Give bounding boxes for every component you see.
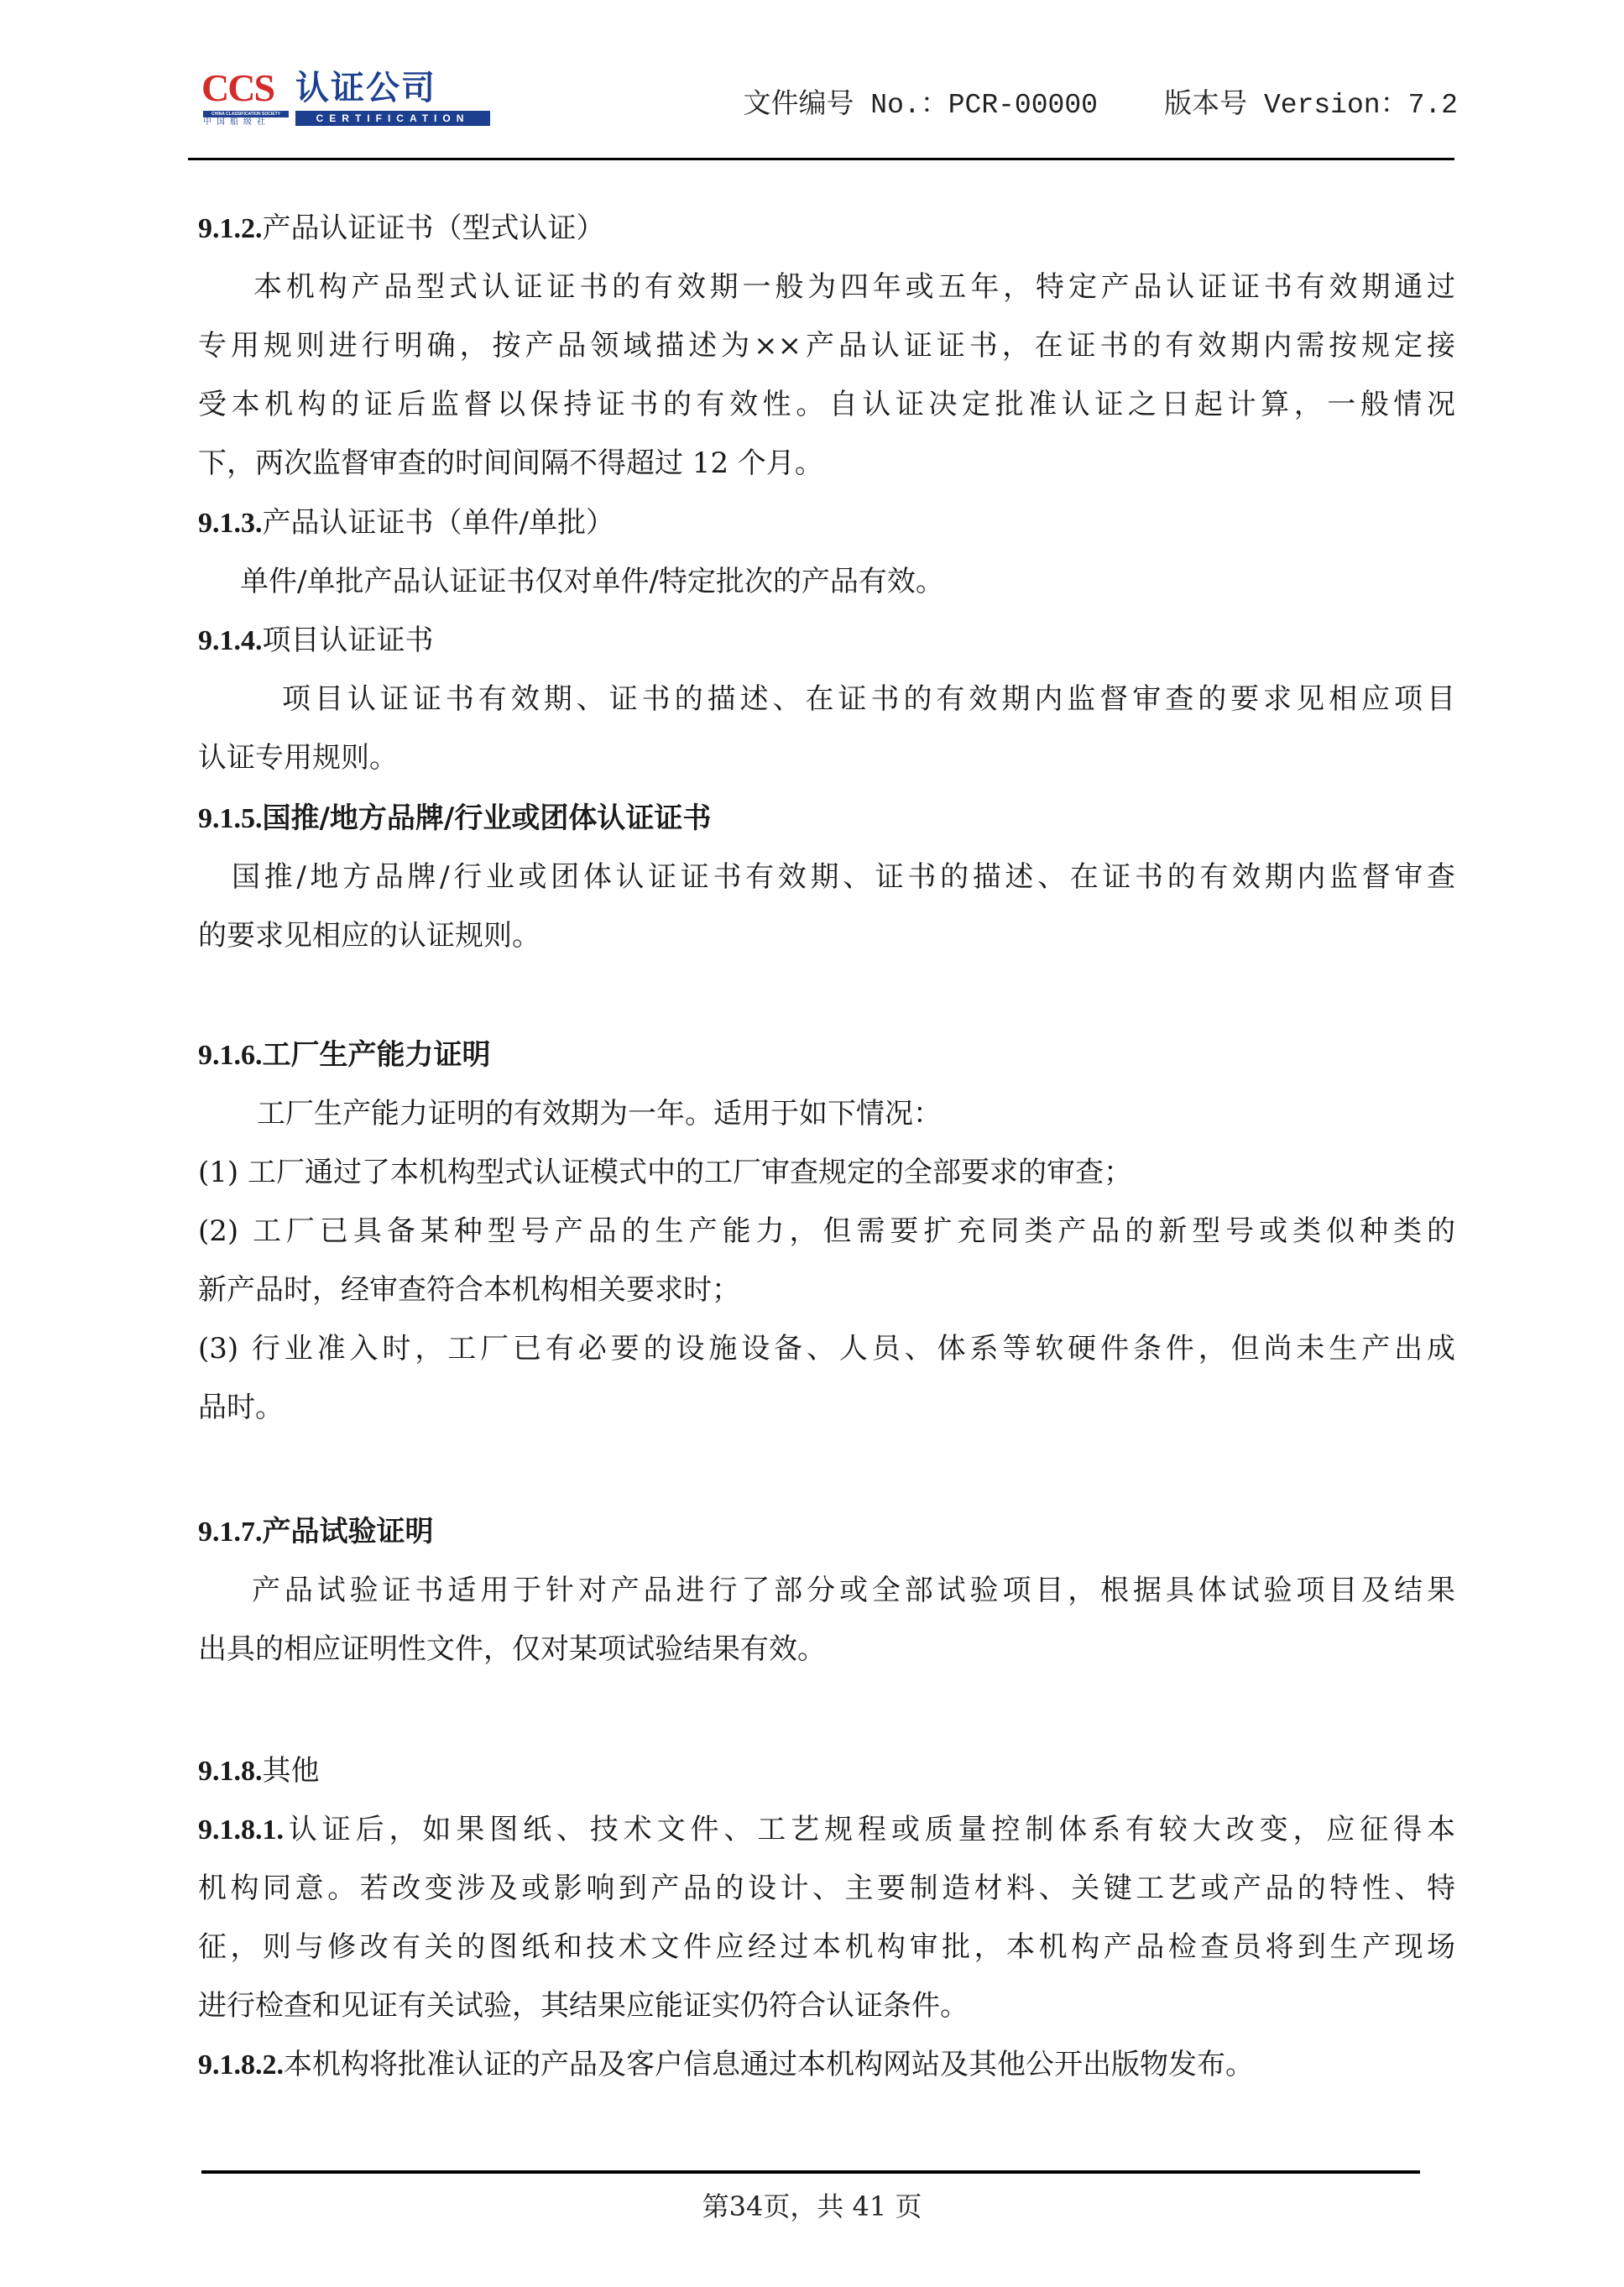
para-line: 进行检查和见证有关试验，其结果应能证实仍符合认证条件。 xyxy=(198,1989,1455,2023)
heading-9-1-7: 9.1.7.产品试验证明 xyxy=(198,1515,1455,1549)
header-divider xyxy=(188,158,1454,160)
para-line: 认证专用规则。 xyxy=(198,741,1455,775)
ccs-certification-logo: CCS 认证公司 CHINA CLASSIFICATION SOCIETY 中国… xyxy=(201,69,491,128)
heading-9-1-8: 9.1.8.其他 xyxy=(198,1754,1455,1788)
para-line: 征，则与修改有关的图纸和技术文件应经过本机构审批，本机构产品检查员将到生产现场 xyxy=(198,1930,1455,1964)
para-line: 出具的相应证明性文件，仅对某项试验结果有效。 xyxy=(198,1632,1455,1666)
para-line: 项目认证证书有效期、证书的描述、在证书的有效期内监督审查的要求见相应项目 xyxy=(198,682,1455,716)
subsection-9-1-8-1: 9.1.8.1.认证后，如果图纸、技术文件、工艺规程或质量控制体系有较大改变，应… xyxy=(198,1813,1455,1847)
para-line: 机构同意。若改变涉及或影响到产品的设计、主要制造材料、关键工艺或产品的特性、特 xyxy=(198,1872,1455,1905)
document-info: 文件编号 No.：PCR-00000 版本号 Version：7.2 xyxy=(744,89,1459,123)
para-line: 下，两次监督审查的时间间隔不得超过 12 个月。 xyxy=(198,446,1455,480)
logo-society-en: CHINA CLASSIFICATION SOCIETY xyxy=(203,111,289,117)
heading-9-1-2: 9.1.2.产品认证证书（型式认证） xyxy=(198,211,1455,246)
para-line: 国推/地方品牌/行业或团体认证证书有效期、证书的描述、在证书的有效期内监督审查 xyxy=(198,860,1455,894)
para-line: 的要求见相应的认证规则。 xyxy=(198,919,1455,953)
para-line: 本机构产品型式认证证书的有效期一般为四年或五年，特定产品认证证书有效期通过 xyxy=(198,270,1455,304)
para-line: 专用规则进行明确，按产品领域描述为××产品认证证书，在证书的有效期内需按规定接 xyxy=(198,329,1455,363)
list-item-2: (2) 工厂已具备某种型号产品的生产能力，但需要扩充同类产品的新型号或类似种类的 xyxy=(198,1214,1455,1248)
heading-9-1-3: 9.1.3.产品认证证书（单件/单批） xyxy=(198,506,1455,540)
logo-certification-bar: CERTIFICATION xyxy=(295,111,490,126)
logo-cn-name: 认证公司 xyxy=(295,69,436,107)
page-number: 第34页，共 41 页 xyxy=(0,2190,1624,2223)
footer-divider xyxy=(201,2170,1420,2174)
para-line: 产品试验证书适用于针对产品进行了部分或全部试验项目，根据具体试验项目及结果 xyxy=(198,1574,1455,1607)
subsection-9-1-8-2: 9.1.8.2.本机构将批准认证的产品及客户信息通过本机构网站及其他公开出版物发… xyxy=(198,2048,1455,2082)
heading-9-1-4: 9.1.4.项目认证证书 xyxy=(198,624,1455,658)
heading-9-1-6: 9.1.6.工厂生产能力证明 xyxy=(198,1038,1455,1073)
logo-society-cn: 中国船级社 xyxy=(203,117,289,128)
list-item-3: (3) 行业准入时，工厂已有必要的设施设备、人员、体系等软硬件条件，但尚未生产出… xyxy=(198,1332,1455,1365)
para-line: 品时。 xyxy=(198,1391,1455,1424)
heading-9-1-5: 9.1.5.国推/地方品牌/行业或团体认证证书 xyxy=(198,801,1455,836)
list-item-1: (1) 工厂通过了本机构型式认证模式中的工厂审查规定的全部要求的审查； xyxy=(198,1156,1455,1189)
logo-ccs-letters: CCS xyxy=(201,69,274,107)
para-line: 受本机构的证后监督以保持证书的有效性。自认证决定批准认证之日起计算，一般情况 xyxy=(198,388,1455,421)
para-line: 工厂生产能力证明的有效期为一年。适用于如下情况： xyxy=(257,1097,1514,1130)
para-line: 单件/单批产品认证证书仅对单件/特定批次的产品有效。 xyxy=(240,565,1497,598)
para-line: 新产品时，经审查符合本机构相关要求时； xyxy=(198,1273,1455,1307)
